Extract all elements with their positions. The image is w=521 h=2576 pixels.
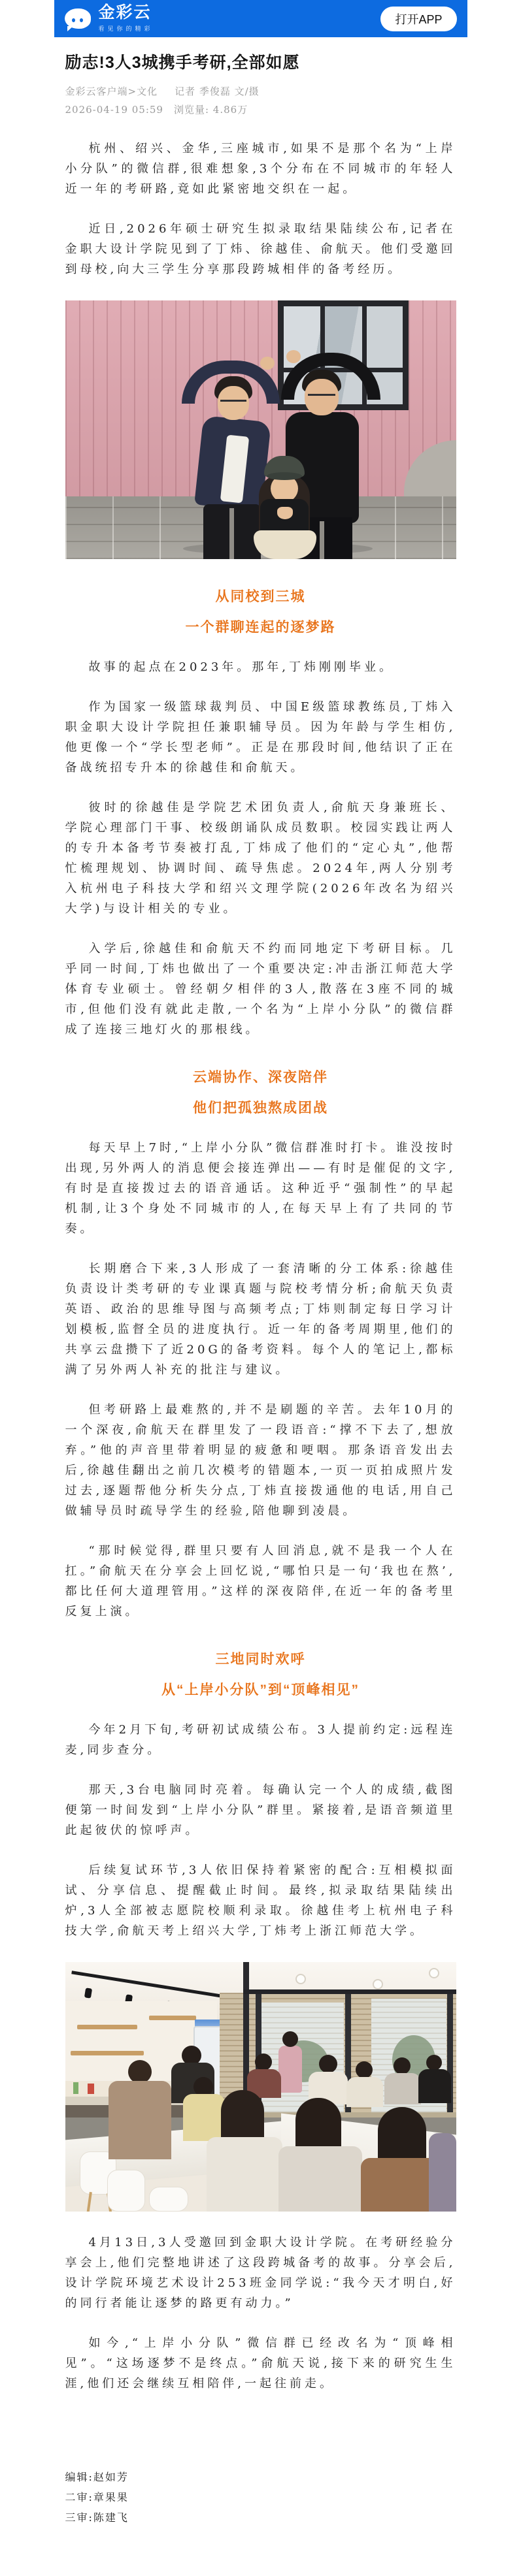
article-paragraph: 如今,“上岸小分队”微信群已经改名为“顶峰相见”。“这场逐梦不是终点。”俞航天说… <box>65 2333 456 2394</box>
attendee-head <box>426 2055 442 2070</box>
article-paragraph: 今年2月下旬,考研初试成绩公布。3人提前约定:远程连麦,同步查分。 <box>65 1720 456 1760</box>
front-attendee-white-hoodie <box>207 2137 282 2212</box>
content-column: 金彩云 看见你的精彩 打开APP 励志!3人3城携手考研,全部如愿 金彩云客户端… <box>54 0 467 2555</box>
credit-line: 三审:陈建飞 <box>65 2507 456 2528</box>
counter-item <box>88 2084 94 2094</box>
section-heading: 云端协作、深夜陪伴 <box>65 1067 456 1087</box>
wood-shelf <box>71 2051 144 2055</box>
mascot-tail <box>67 26 73 31</box>
attendee-head <box>319 2055 337 2073</box>
person-right-leg-gap <box>320 521 324 559</box>
front-attendee-edge <box>429 2133 456 2212</box>
article-photo-three-graduates <box>65 300 456 559</box>
article-paragraph: 长期磨合下来,3人形成了一套清晰的分工体系:徐越佳负责设计类考研的专业课真题与院… <box>65 1259 456 1380</box>
person-center-heart-hands <box>277 507 293 519</box>
front-attendee-gray-hoodie <box>278 2146 362 2212</box>
attendee-shoulders <box>346 2077 383 2107</box>
article-photo-sharing-session <box>65 1962 456 2212</box>
ceiling-downlight <box>295 1974 306 1984</box>
app-name: 金彩云 <box>99 5 154 21</box>
article-paragraph: 4月13日,3人受邀回到金职大设计学院。在考研经验分享会上,他们完整地讲述了这段… <box>65 2232 456 2313</box>
article-paragraph: 后续复试环节,3人依旧保持着紧密的配合:互相模拟面试、分享信息、提醒截止时间。最… <box>65 1860 456 1941</box>
attendee-head <box>255 2053 272 2070</box>
article-paragraph: 杭州、绍兴、金华,三座城市,如果不是那个名为“上岸小分队”的微信群,很难想象,3… <box>65 138 456 199</box>
ceiling-downlight <box>429 1968 439 1978</box>
attendee-head <box>356 2061 373 2078</box>
section-heading: 从“上岸小分队”到“顶峰相见” <box>65 1680 456 1700</box>
person-right-glasses <box>308 394 335 396</box>
article-meta: 金彩云客户端>文化记者 季俊磊 文/摄 2026-04-19 05:59浏览量:… <box>65 82 456 119</box>
ceiling-downlight <box>373 1979 383 1989</box>
section-heading: 三地同时欢呼 <box>65 1649 456 1669</box>
standing-photographer <box>278 2046 302 2093</box>
open-app-button[interactable]: 打开APP <box>380 7 456 31</box>
app-logo[interactable]: 金彩云 看见你的精彩 <box>54 5 154 33</box>
wood-shelf <box>149 2016 196 2020</box>
article-paragraph: 每天早上7时,“上岸小分队”微信群准时打卡。谁没按时出现,另外两人的消息便会接连… <box>65 1138 456 1239</box>
chair-leg <box>86 2192 92 2212</box>
track-spotlight <box>84 1988 92 1998</box>
attendee-shoulders <box>384 2073 421 2104</box>
person-center-skirt <box>254 530 316 559</box>
white-chair <box>149 2187 188 2212</box>
article-paragraph: 入学后,徐越佳和俞航天不约而同地定下考研目标。几乎同一时间,丁炜也做出了一个重要… <box>65 939 456 1040</box>
article: 励志!3人3城携手考研,全部如愿 金彩云客户端>文化记者 季俊磊 文/摄 202… <box>54 52 467 2555</box>
article-paragraph: 彼时的徐越佳是学院艺术团负责人,俞航天身兼班长、学院心理部门干事、校级朗诵队成员… <box>65 797 456 919</box>
person-right-hand <box>286 350 301 363</box>
article-paragraph: 作为国家一级篮球裁判员、中国E级篮球教练员,丁炜入职金职大设计学院担任兼职辅导员… <box>65 697 456 778</box>
credits: 编辑:赵如芳二审:章果果三审:陈建飞 <box>65 2467 456 2555</box>
article-paragraph: 那天,3台电脑同时亮着。每确认完一个人的成绩,截图便第一时间发到“上岸小分队”群… <box>65 1780 456 1841</box>
page: 金彩云 看见你的精彩 打开APP 励志!3人3城携手考研,全部如愿 金彩云客户端… <box>0 0 521 2576</box>
attendee-head <box>394 2057 411 2074</box>
meta-line-1: 金彩云客户端>文化记者 季俊磊 文/摄 <box>65 82 456 101</box>
breadcrumb[interactable]: 金彩云客户端>文化 <box>65 86 158 97</box>
article-paragraph: 近日,2026年硕士研究生拟录取结果陆续公布,记者在金职大设计学院见到了丁炜、徐… <box>65 219 456 280</box>
article-title: 励志!3人3城携手考研,全部如愿 <box>65 52 456 74</box>
article-paragraph: 故事的起点在2023年。那年,丁炜刚刚毕业。 <box>65 657 456 677</box>
person-right-face <box>305 379 339 415</box>
attendee-shoulders <box>418 2069 451 2103</box>
person-left-hand <box>260 357 275 370</box>
mascot-icon <box>65 7 92 31</box>
app-header-bar: 金彩云 看见你的精彩 打开APP <box>54 0 467 37</box>
section-heading: 从同校到三城 <box>65 587 456 607</box>
meta-line-2: 2026-04-19 05:59浏览量: 4.86万 <box>65 101 456 119</box>
article-paragraph: “那时候觉得,群里只要有人回消息,就不是我一个人在扛。”俞航天在分享会上回忆说,… <box>65 1541 456 1622</box>
counter-item <box>73 2082 78 2094</box>
white-chair <box>107 2170 145 2212</box>
standing-photographer-head <box>282 2031 298 2047</box>
mascot-eye <box>80 18 83 22</box>
person-center-cap-brim <box>267 472 302 480</box>
view-count: 浏览量: 4.86万 <box>174 104 248 116</box>
publish-time: 2026-04-19 05:59 <box>65 104 163 116</box>
article-body: 杭州、绍兴、金华,三座城市,如果不是那个名为“上岸小分队”的微信群,很难想象,3… <box>65 138 456 2394</box>
mascot-eye <box>72 18 75 22</box>
front-attendee-head <box>128 2060 152 2084</box>
front-attendee-yellow-top <box>183 2094 225 2141</box>
credit-line: 编辑:赵如芳 <box>65 2467 456 2487</box>
ceiling-beam <box>243 1989 456 1994</box>
person-left-face <box>218 386 249 420</box>
front-attendee-tan-hoodie <box>109 2081 171 2159</box>
person-left-glasses <box>220 400 246 402</box>
logo-text: 金彩云 看见你的精彩 <box>99 5 154 33</box>
section-heading: 一个群聊连起的逐梦路 <box>65 617 456 637</box>
app-slogan: 看见你的精彩 <box>99 24 154 33</box>
credit-line: 二审:章果果 <box>65 2487 456 2507</box>
wood-shelf <box>77 2025 137 2029</box>
section-heading: 他们把孤独熬成团战 <box>65 1098 456 1118</box>
person-left-leg-gap <box>229 508 234 559</box>
article-paragraph: 但考研路上最难熬的,并不是刷题的辛苦。去年10月的一个深夜,俞航天在群里发了一段… <box>65 1400 456 1521</box>
reporter: 记者 季俊磊 文/摄 <box>175 86 260 97</box>
